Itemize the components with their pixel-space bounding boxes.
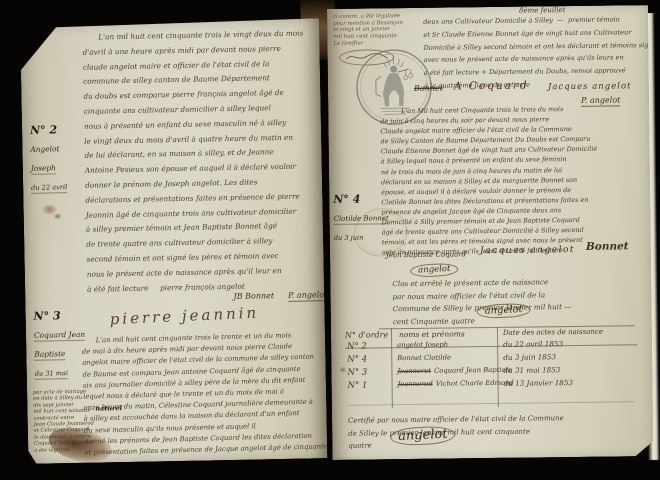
act3-inserted-word: naturel [95,404,122,413]
table-cell-order: N° 4 [345,354,391,368]
act3-margin: N° 3 Coquard Jean Baptiste du 31 mai [33,309,88,380]
signature-jean-baptiste-coquard: Jean Baptiste Coquard [386,250,466,259]
act2-margin-date: du 22 avril [31,183,67,194]
table-cell-name: JeannerotCoquard Jean Baptiste [391,366,497,380]
act3-margin-surname: Coquard Jean [34,330,85,342]
act4-birth-record-text: L'an Mil huit cent Cinquante trois le tr… [380,104,598,258]
act3-birth-record-text: L'an mil huit cent cinquante trois le tr… [82,329,328,459]
signature-jb-bonnet: JB Bonnet [233,291,274,303]
record-name: Bonnet Clotilde [397,354,451,363]
signature-bonnet-struck: Bonnet [414,84,443,93]
signature-a-coquard: A Coquard [454,80,529,93]
signature-jacques-angelot: Jacques angelot [548,81,632,92]
table-cell-order: N° 3 [345,367,391,381]
act2-signatures: JB Bonnet P. angelot [175,290,327,304]
act2-margin-firstname: Joseph [31,163,56,174]
manuscript-line: Certifié par nous maire officier de l'ét… [348,412,564,427]
table-cell-order: N° 1 [346,380,392,394]
signature-jacques-angelot: Jacques angelot [480,245,575,256]
signature-pierre-jeannin: pierre jeannin [109,304,259,329]
act2-margin: N° 2 Angelot Joseph du 22 avril [30,123,83,194]
table-cell-order: N° 2 [345,341,391,355]
right-page: ci-contre, a été légaliséepour mention à… [327,5,653,460]
act3-margin-date: du 31 mai [35,369,69,380]
act3-number: N° 3 [33,309,87,323]
table-cell-name: Bonnet Clotilde [391,353,497,367]
record-name: angelot Joseph [397,341,448,350]
act4-margin-date: du 3 juin [334,234,364,242]
manuscript-line: quatre [348,437,564,452]
struck-name: Jeannerod [398,380,433,388]
act2-margin-surname: Angelot [30,144,59,154]
certification-text: Certifié par nous maire officier de l'ét… [348,412,564,452]
table-cell-name: JeannerodVichot Charle Edmond [392,379,498,393]
closing-statement-text: Clos et arrêté le présent acte de naissa… [392,276,571,329]
table-rule [348,401,634,405]
signature-angelot: angelot [410,263,459,278]
table-cell-date: du 13 Janvier 1853 [498,377,638,392]
register-scan-background: N° 2 Angelot Joseph du 22 avril L'an mil… [0,0,660,480]
act2-birth-record-text: L'an mil huit cent cinquante trois le vi… [82,26,327,297]
struck-name: Jeannerot [397,367,431,375]
signature-p-angelot: P. angelot [288,290,327,302]
act2-number: N° 2 [30,123,82,137]
birth-index-table: N° d'ordre noms et prénoms Date des acte… [345,325,638,411]
stain-mark [54,213,62,219]
left-page: N° 2 Angelot Joseph du 22 avril L'an mil… [20,18,327,464]
act3-margin-firstname: Baptiste [34,349,65,361]
signature-bonnet: Bonnet [586,240,629,253]
table-cell-name: angelot Joseph [391,340,497,354]
legalization-note: ci-contre, a été légaliséepour mention à… [333,13,421,48]
